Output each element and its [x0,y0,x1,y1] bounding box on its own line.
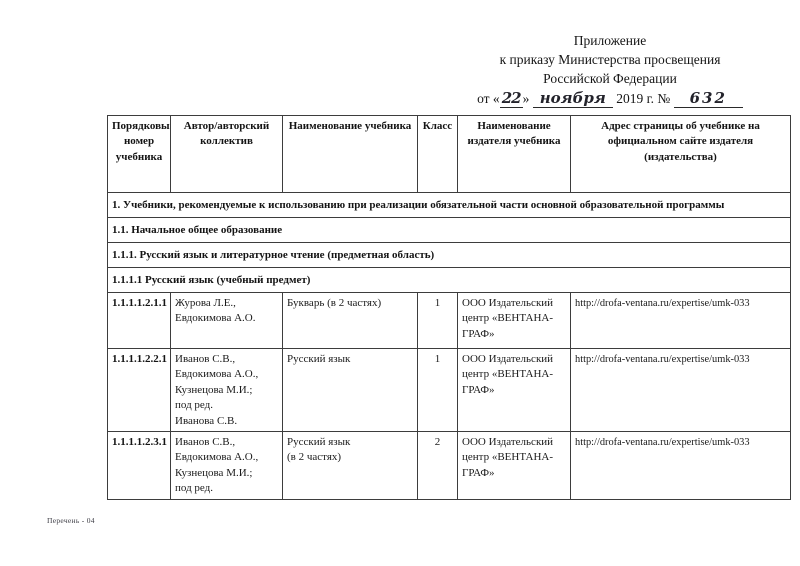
cell-grade: 1 [418,293,458,349]
cell-url: http://drofa-ventana.ru/expertise/umk-03… [571,432,791,500]
cell-publisher: ООО Издательский центр «ВЕНТАНА- ГРАФ» [458,293,571,349]
section-title-1-1-1: 1.1.1. Русский язык и литературное чтени… [108,243,791,268]
date-year: 2019 г. № [616,91,670,106]
section-title-1-1-1-1: 1.1.1.1 Русский язык (учебный предмет) [108,268,791,293]
annex-subtitle-ministry: к приказу Министерства просвещения [432,50,788,69]
section-row: 1. Учебники, рекомендуемые к использован… [108,193,791,218]
col-header-grade: Класс [418,116,458,193]
handwritten-month: ноября [533,89,613,108]
cell-grade: 1 [418,349,458,432]
annex-header: Приложение к приказу Министерства просве… [432,31,788,108]
cell-publisher: ООО Издательский центр «ВЕНТАНА- ГРАФ» [458,432,571,500]
table-header-row: Порядковый номер учебника Автор/авторски… [108,116,791,193]
annex-subtitle-federation: Российской Федерации [432,69,788,88]
section-row: 1.1. Начальное общее образование [108,218,791,243]
cell-publisher: ООО Издательский центр «ВЕНТАНА- ГРАФ» [458,349,571,432]
cell-title: Букварь (в 2 частях) [283,293,418,349]
footer-note: Перечень - 04 [47,516,95,525]
cell-title: Русский язык (в 2 частях) [283,432,418,500]
scanned-document-page: Приложение к приказу Министерства просве… [0,0,800,566]
table-row: 1.1.1.1.2.2.1 Иванов С.В., Евдокимова А.… [108,349,791,432]
section-row: 1.1.1. Русский язык и литературное чтени… [108,243,791,268]
cell-authors: Иванов С.В., Евдокимова А.О., Кузнецова … [171,349,283,432]
table-row: 1.1.1.1.2.3.1 Иванов С.В., Евдокимова А.… [108,432,791,500]
cell-url: http://drofa-ventana.ru/expertise/umk-03… [571,349,791,432]
cell-number: 1.1.1.1.2.1.1 [108,293,171,349]
textbook-table: Порядковый номер учебника Автор/авторски… [107,115,791,500]
date-close-quote: » [523,91,530,106]
cell-authors: Журова Л.Е., Евдокимова А.О. [171,293,283,349]
handwritten-day: 22 [500,89,523,108]
table-row: 1.1.1.1.2.1.1 Журова Л.Е., Евдокимова А.… [108,293,791,349]
col-header-number: Порядковый номер учебника [108,116,171,193]
col-header-url: Адрес страницы об учебнике на официально… [571,116,791,193]
date-prefix: от « [477,91,500,106]
col-header-title: Наименование учебника [283,116,418,193]
cell-title: Русский язык [283,349,418,432]
section-title-1-1: 1.1. Начальное общее образование [108,218,791,243]
col-header-publisher: Наименование издателя учебника [458,116,571,193]
cell-number: 1.1.1.1.2.3.1 [108,432,171,500]
cell-authors: Иванов С.В., Евдокимова А.О., Кузнецова … [171,432,283,500]
section-title-1: 1. Учебники, рекомендуемые к использован… [108,193,791,218]
order-date-line: от «22» ноября 2019 г. № 632 [432,89,788,108]
cell-url: http://drofa-ventana.ru/expertise/umk-03… [571,293,791,349]
annex-title: Приложение [432,31,788,50]
handwritten-order-number: 632 [674,89,743,108]
cell-number: 1.1.1.1.2.2.1 [108,349,171,432]
cell-grade: 2 [418,432,458,500]
section-row: 1.1.1.1 Русский язык (учебный предмет) [108,268,791,293]
col-header-authors: Автор/авторский коллектив [171,116,283,193]
